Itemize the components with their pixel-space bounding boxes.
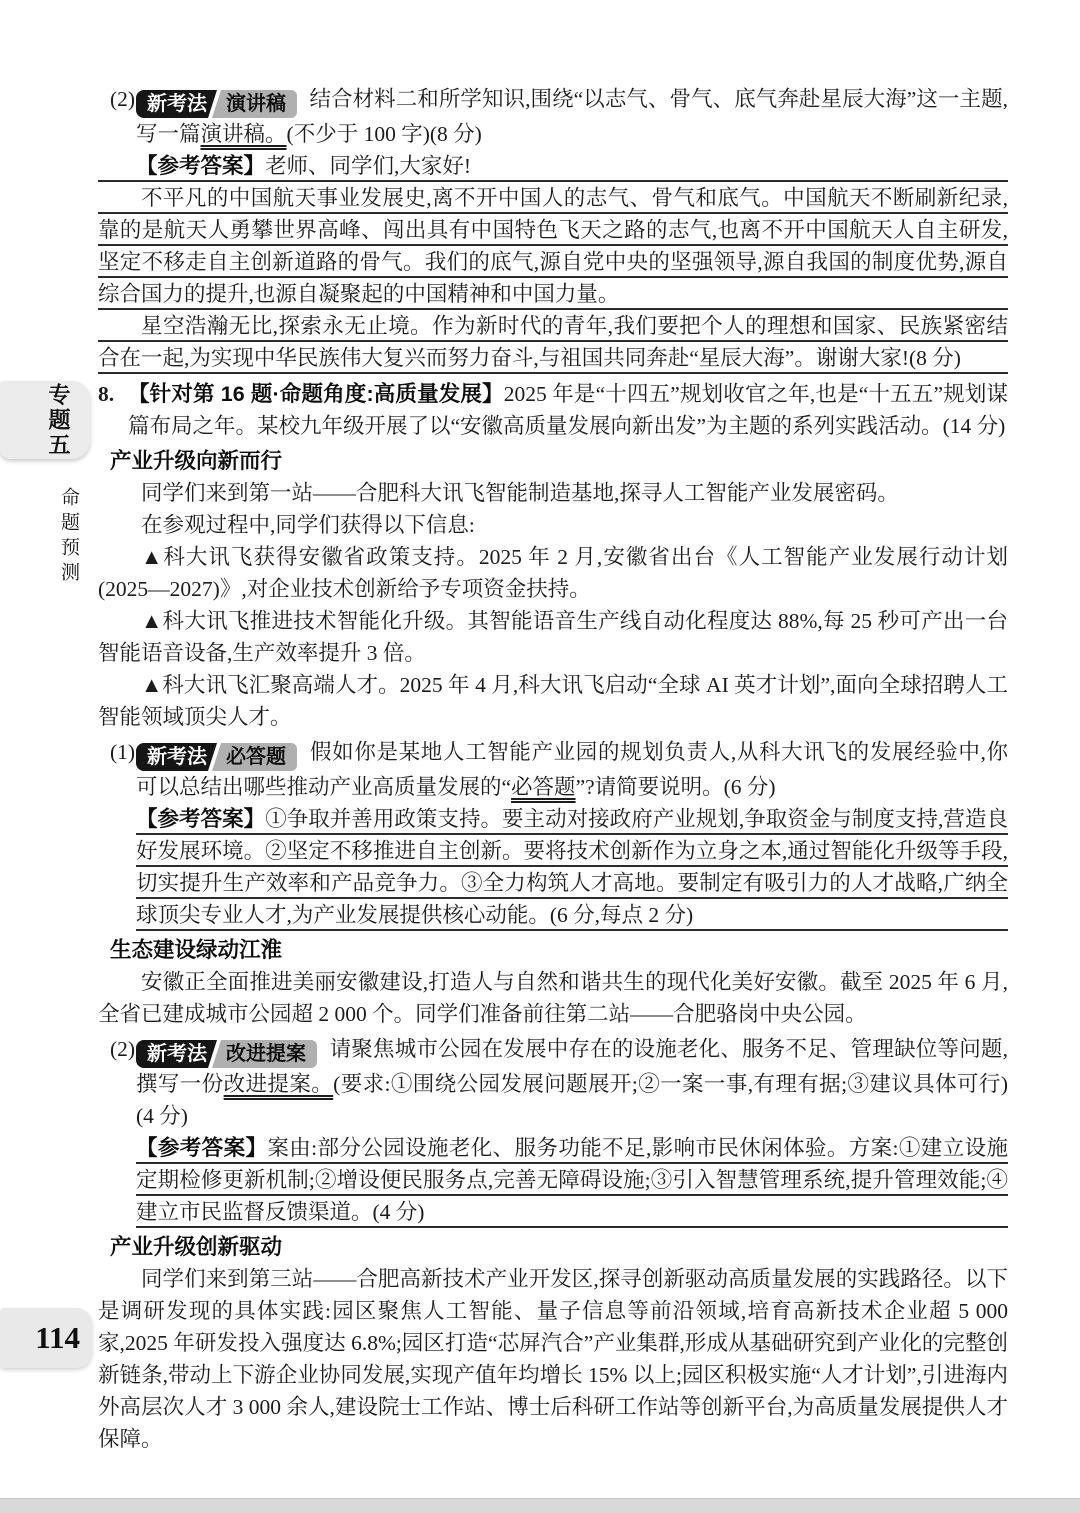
answer-text-line: 【参考答案】①争取并善用政策支持。要主动对接政府产业规划,争取资金与制度支持,营… [136, 803, 1008, 931]
station1-bullet-2: ▲科大讯飞推进技术智能化升级。其智能语音生产线自动化程度达 88%,每 25 秒… [98, 605, 1008, 669]
station1-paragraph-2: 在参观过程中,同学们获得以下信息: [98, 509, 1008, 541]
answer-paragraph-1: 不平凡的中国航天事业发展史,离不开中国人的志气、骨气和底气。中国航天不断刷新纪录… [98, 182, 1008, 310]
page-content: (2) 新考法演讲稿 结合材料二和所学知识,围绕“以志气、骨气、底气奔赴星辰大海… [98, 80, 1008, 1455]
answer-text-line: 【参考答案】案由:部分公园设施老化、服务功能不足,影响市民休闲体验。方案:①建立… [136, 1132, 1008, 1228]
question-8-header: 8. 【针对第 16 题·命题角度:高质量发展】2025 年是“十四五”规划收官… [98, 378, 1008, 442]
page-bottom-bar [0, 1498, 1080, 1513]
question-emphasis: 改进提案。 [224, 1072, 334, 1096]
badge-question-type: 必答题 [212, 743, 297, 771]
station1-bullet-1: ▲科大讯飞获得安徽省政策支持。2025 年 2 月,安徽省出台《人工智能产业发展… [98, 541, 1008, 605]
method-badge: 新考法必答题 [136, 743, 297, 771]
station3-paragraph-1: 同学们来到第三站——合肥高新技术产业开发区,探寻创新驱动高质量发展的实践路径。以… [98, 1263, 1008, 1455]
answer-greeting: 老师、同学们,大家好! [265, 154, 471, 178]
station1-bullet-3: ▲科大讯飞汇聚高端人才。2025 年 4 月,科大讯飞启动“全球 AI 英才计划… [98, 669, 1008, 733]
question-8-2: (2) 新考法改进提案 请聚焦城市公园在发展中存在的设施老化、服务不足、管理缺位… [98, 1033, 1008, 1132]
station2-title: 生态建设绿动江淮 [110, 934, 1008, 966]
answer-paragraph-2: 星空浩瀚无比,探索永无止境。作为新时代的青年,我们要把个人的理想和国家、民族紧密… [98, 310, 1008, 374]
question-8-2-answer: 【参考答案】案由:部分公园设施老化、服务功能不足,影响市民休闲体验。方案:①建立… [136, 1132, 1008, 1228]
station1-title: 产业升级向新而行 [110, 445, 1008, 477]
speech-answer-block: 【参考答案】老师、同学们,大家好! 不平凡的中国航天事业发展史,离不开中国人的志… [98, 150, 1008, 374]
station3-title: 产业升级创新驱动 [110, 1231, 1008, 1263]
station1-paragraph-1: 同学们来到第一站——合肥科大讯飞智能制造基地,探寻人工智能产业发展密码。 [98, 477, 1008, 509]
page-number: 114 [35, 1322, 80, 1354]
question-number: (2) [110, 1033, 135, 1065]
question-number: (1) [110, 736, 135, 768]
question-emphasis: 演讲稿。 [201, 122, 287, 146]
question-emphasis: 必答题 [511, 775, 576, 799]
answer-label: 【参考答案】 [136, 154, 265, 178]
question-8-1-answer: 【参考答案】①争取并善用政策支持。要主动对接政府产业规划,争取资金与制度支持,营… [136, 803, 1008, 931]
method-badge: 新考法演讲稿 [136, 90, 297, 118]
badge-question-type: 改进提案 [212, 1040, 317, 1068]
badge-speech-type: 演讲稿 [212, 90, 297, 118]
station2-paragraph-1: 安徽正全面推进美丽安徽建设,打造人与自然和谐共生的现代化美好安徽。截至 2025… [98, 966, 1008, 1030]
answer-label: 【参考答案】 [136, 1136, 267, 1160]
answer-text: ①争取并善用政策支持。要主动对接政府产业规划,争取资金与制度支持,营造良好发展环… [136, 807, 1008, 927]
question-text-after: ”?请简要说明。(6 分) [576, 775, 776, 799]
question-speech: (2) 新考法演讲稿 结合材料二和所学知识,围绕“以志气、骨气、底气奔赴星辰大海… [98, 83, 1008, 150]
badge-new-method: 新考法 [136, 1040, 217, 1068]
question-8-1: (1) 新考法必答题 假如你是某地人工智能产业园的规划负责人,从科大讯飞的发展经… [98, 736, 1008, 803]
page-number-badge: 114 [0, 1308, 92, 1368]
question-number: (2) [110, 83, 135, 115]
textbook-page: 专题五 命题预测 114 (2) 新考法演讲稿 结合材料二和所学知识,围绕“以志… [0, 0, 1080, 1513]
answer-greeting-line: 【参考答案】老师、同学们,大家好! [98, 150, 1008, 182]
question-8-number: 8. [98, 378, 114, 410]
section-label: 命题预测 [52, 487, 84, 587]
badge-new-method: 新考法 [136, 743, 217, 771]
answer-label: 【参考答案】 [136, 807, 265, 831]
chapter-tab: 专题五 [0, 381, 90, 459]
answer-text: 案由:部分公园设施老化、服务功能不足,影响市民休闲体验。方案:①建立设施定期检修… [136, 1136, 1008, 1224]
method-badge: 新考法改进提案 [136, 1040, 317, 1068]
question-text-after: (不少于 100 字)(8 分) [287, 122, 482, 146]
badge-new-method: 新考法 [136, 90, 217, 118]
question-8-tag: 【针对第 16 题·命题角度:高质量发展】 [128, 382, 504, 406]
chapter-tab-label: 专题五 [47, 383, 69, 458]
